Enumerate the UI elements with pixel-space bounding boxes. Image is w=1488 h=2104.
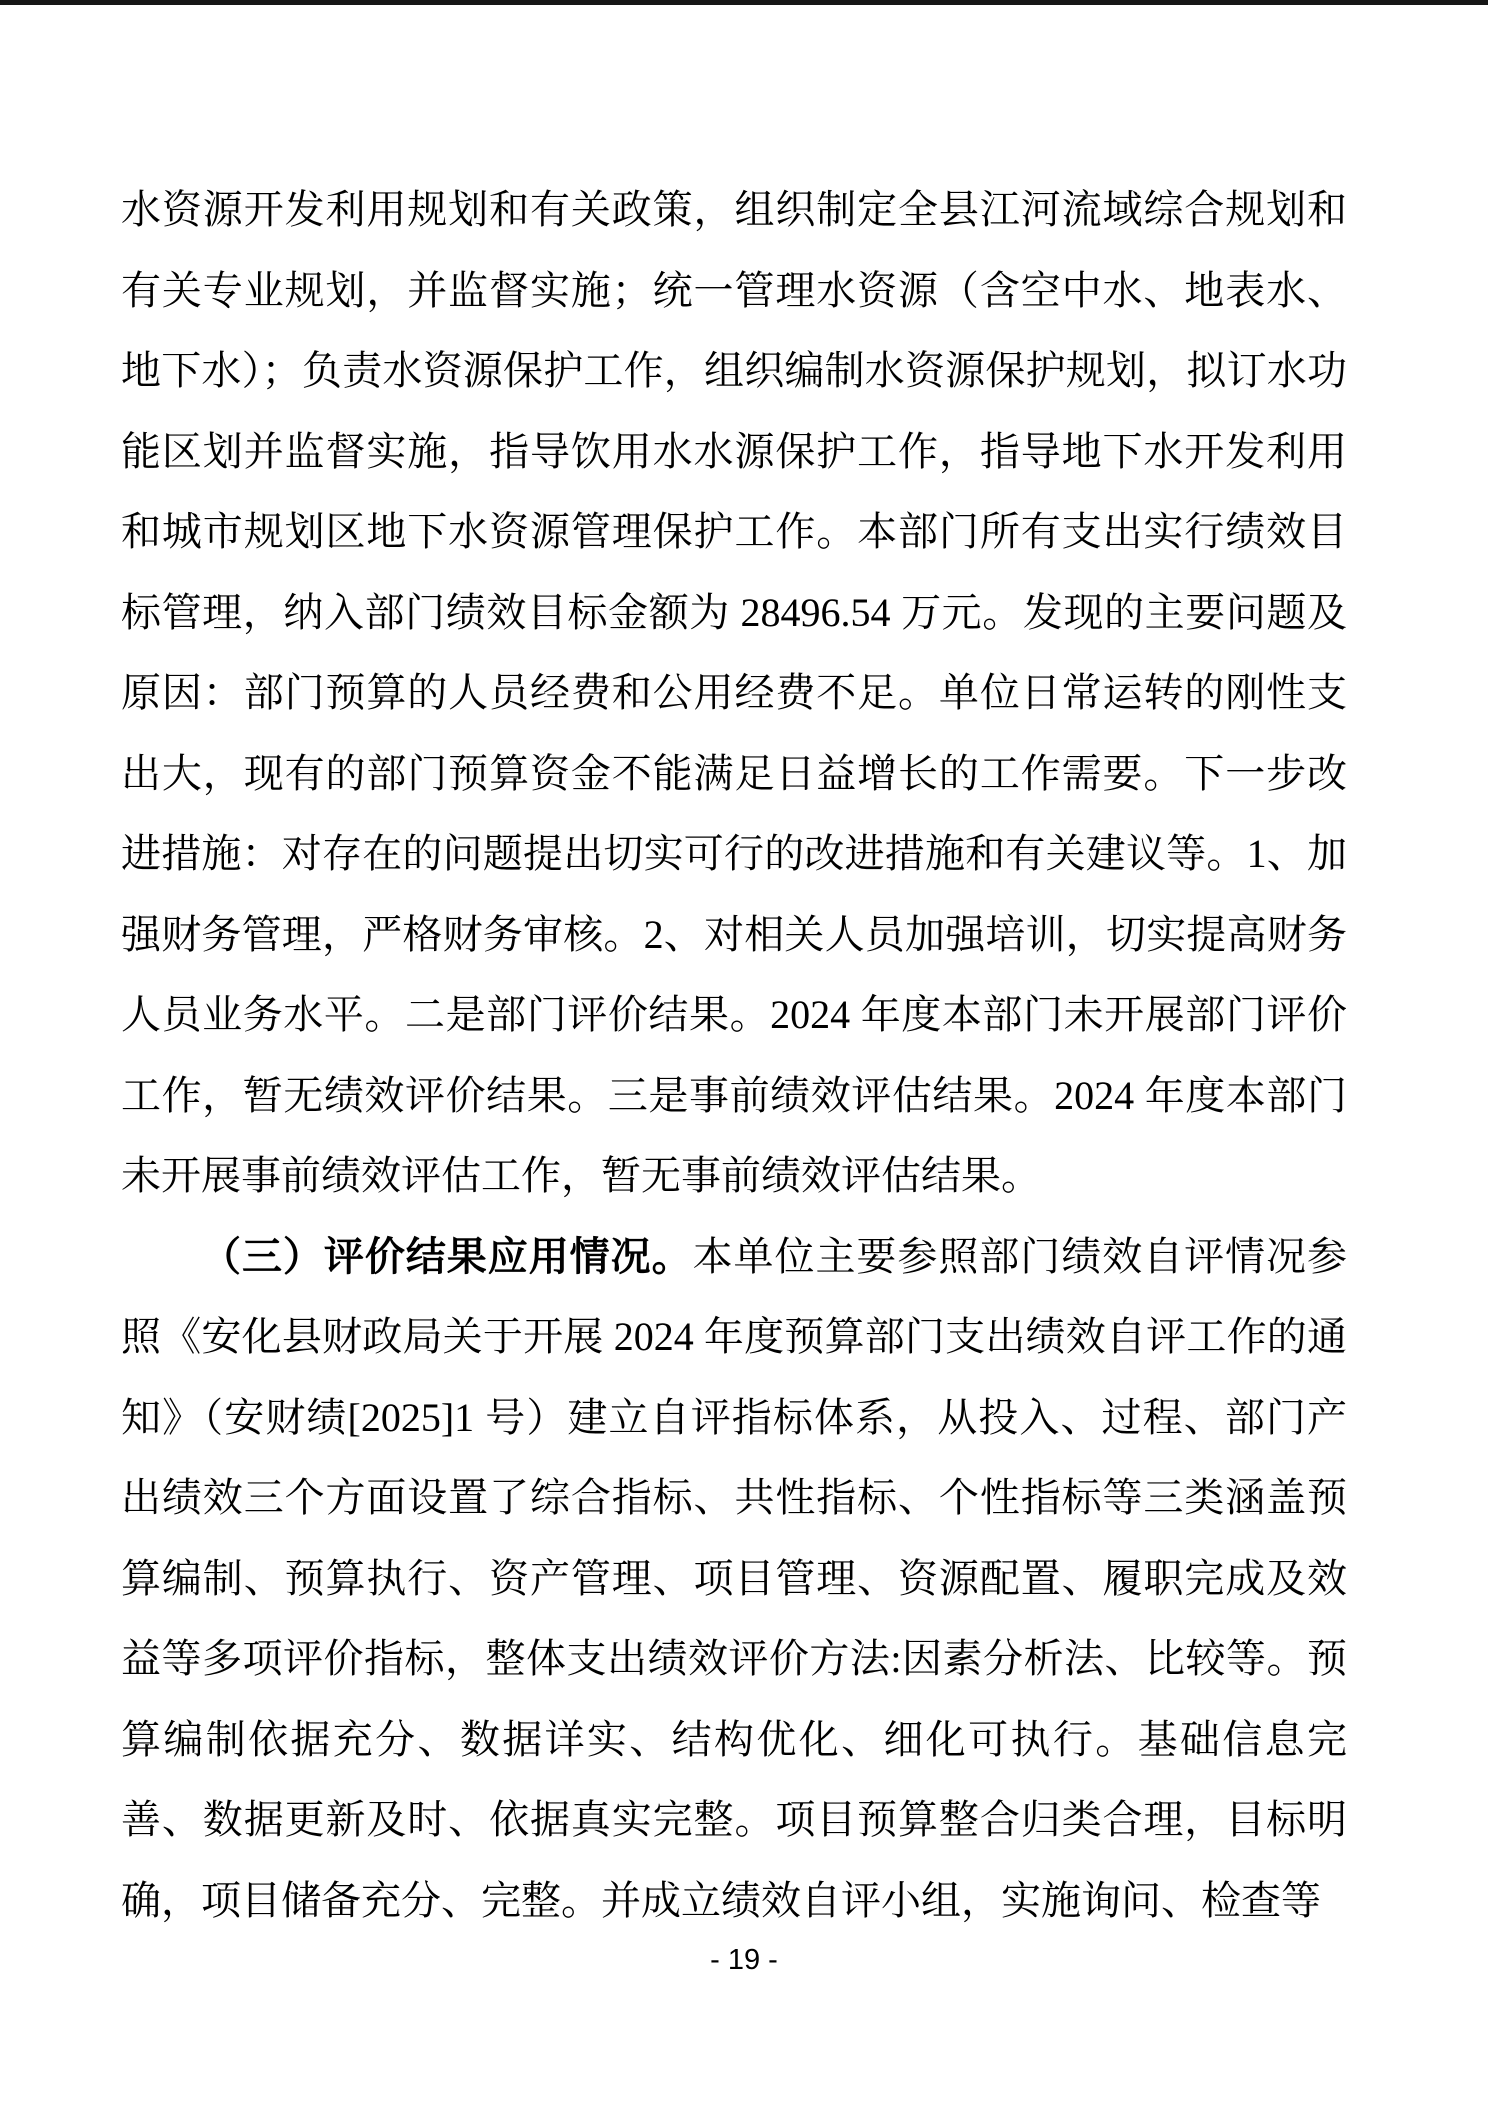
scan-edge-artifact [0,0,1488,5]
page-footer: - 19 - [0,1942,1488,1978]
text-run: 水资源开发利用规划和有关政策，组织制定全县江河流域综合规划和有关专业规划，并监督… [121,187,1347,1198]
document-page: 水资源开发利用规划和有关政策，组织制定全县江河流域综合规划和有关专业规划，并监督… [0,0,1488,2104]
paragraph-continuation: 水资源开发利用规划和有关政策，组织制定全县江河流域综合规划和有关专业规划，并监督… [121,170,1347,1217]
page-number: - 19 - [710,1944,778,1976]
section-heading: （三）评价结果应用情况。 [201,1234,693,1279]
document-body: 水资源开发利用规划和有关政策，组织制定全县江河流域综合规划和有关专业规划，并监督… [121,170,1347,1941]
paragraph-section-3: （三）评价结果应用情况。本单位主要参照部门绩效自评情况参照《安化县财政局关于开展… [121,1217,1347,1942]
text-run: 本单位主要参照部门绩效自评情况参照《安化县财政局关于开展 2024 年度预算部门… [121,1234,1347,1923]
